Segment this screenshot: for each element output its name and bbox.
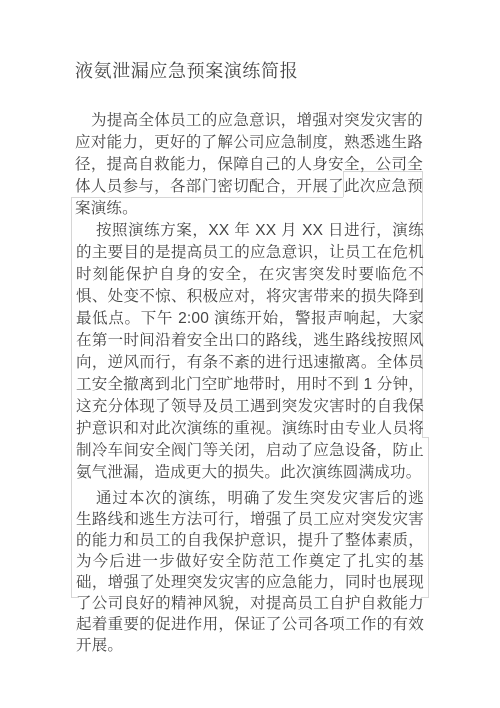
- textbox-outline-left: [71, 197, 72, 598]
- paragraph-intro: 为提高全体员工的应急意识，增强对突发灾害的应对能力，更好的了解公司应急制度，熟悉…: [75, 110, 423, 220]
- paragraph-summary: 通过本次的演练，明确了发生突发灾害后的逃生路线和逃生方法可行，增强了员工应对突发…: [76, 488, 424, 656]
- document-page: 液氨泄漏应急预案演练简报 为提高全体员工的应急意识，增强对突发灾害的应对能力，更…: [0, 0, 500, 708]
- document-title: 液氨泄漏应急预案演练简报: [75, 57, 298, 83]
- textbox-outline-right-lower: [428, 437, 429, 598]
- paragraph-drill-process: 按照演练方案，XX 年 XX 月 XX 日进行，演练的主要目的是提高员工的应急意…: [76, 220, 424, 484]
